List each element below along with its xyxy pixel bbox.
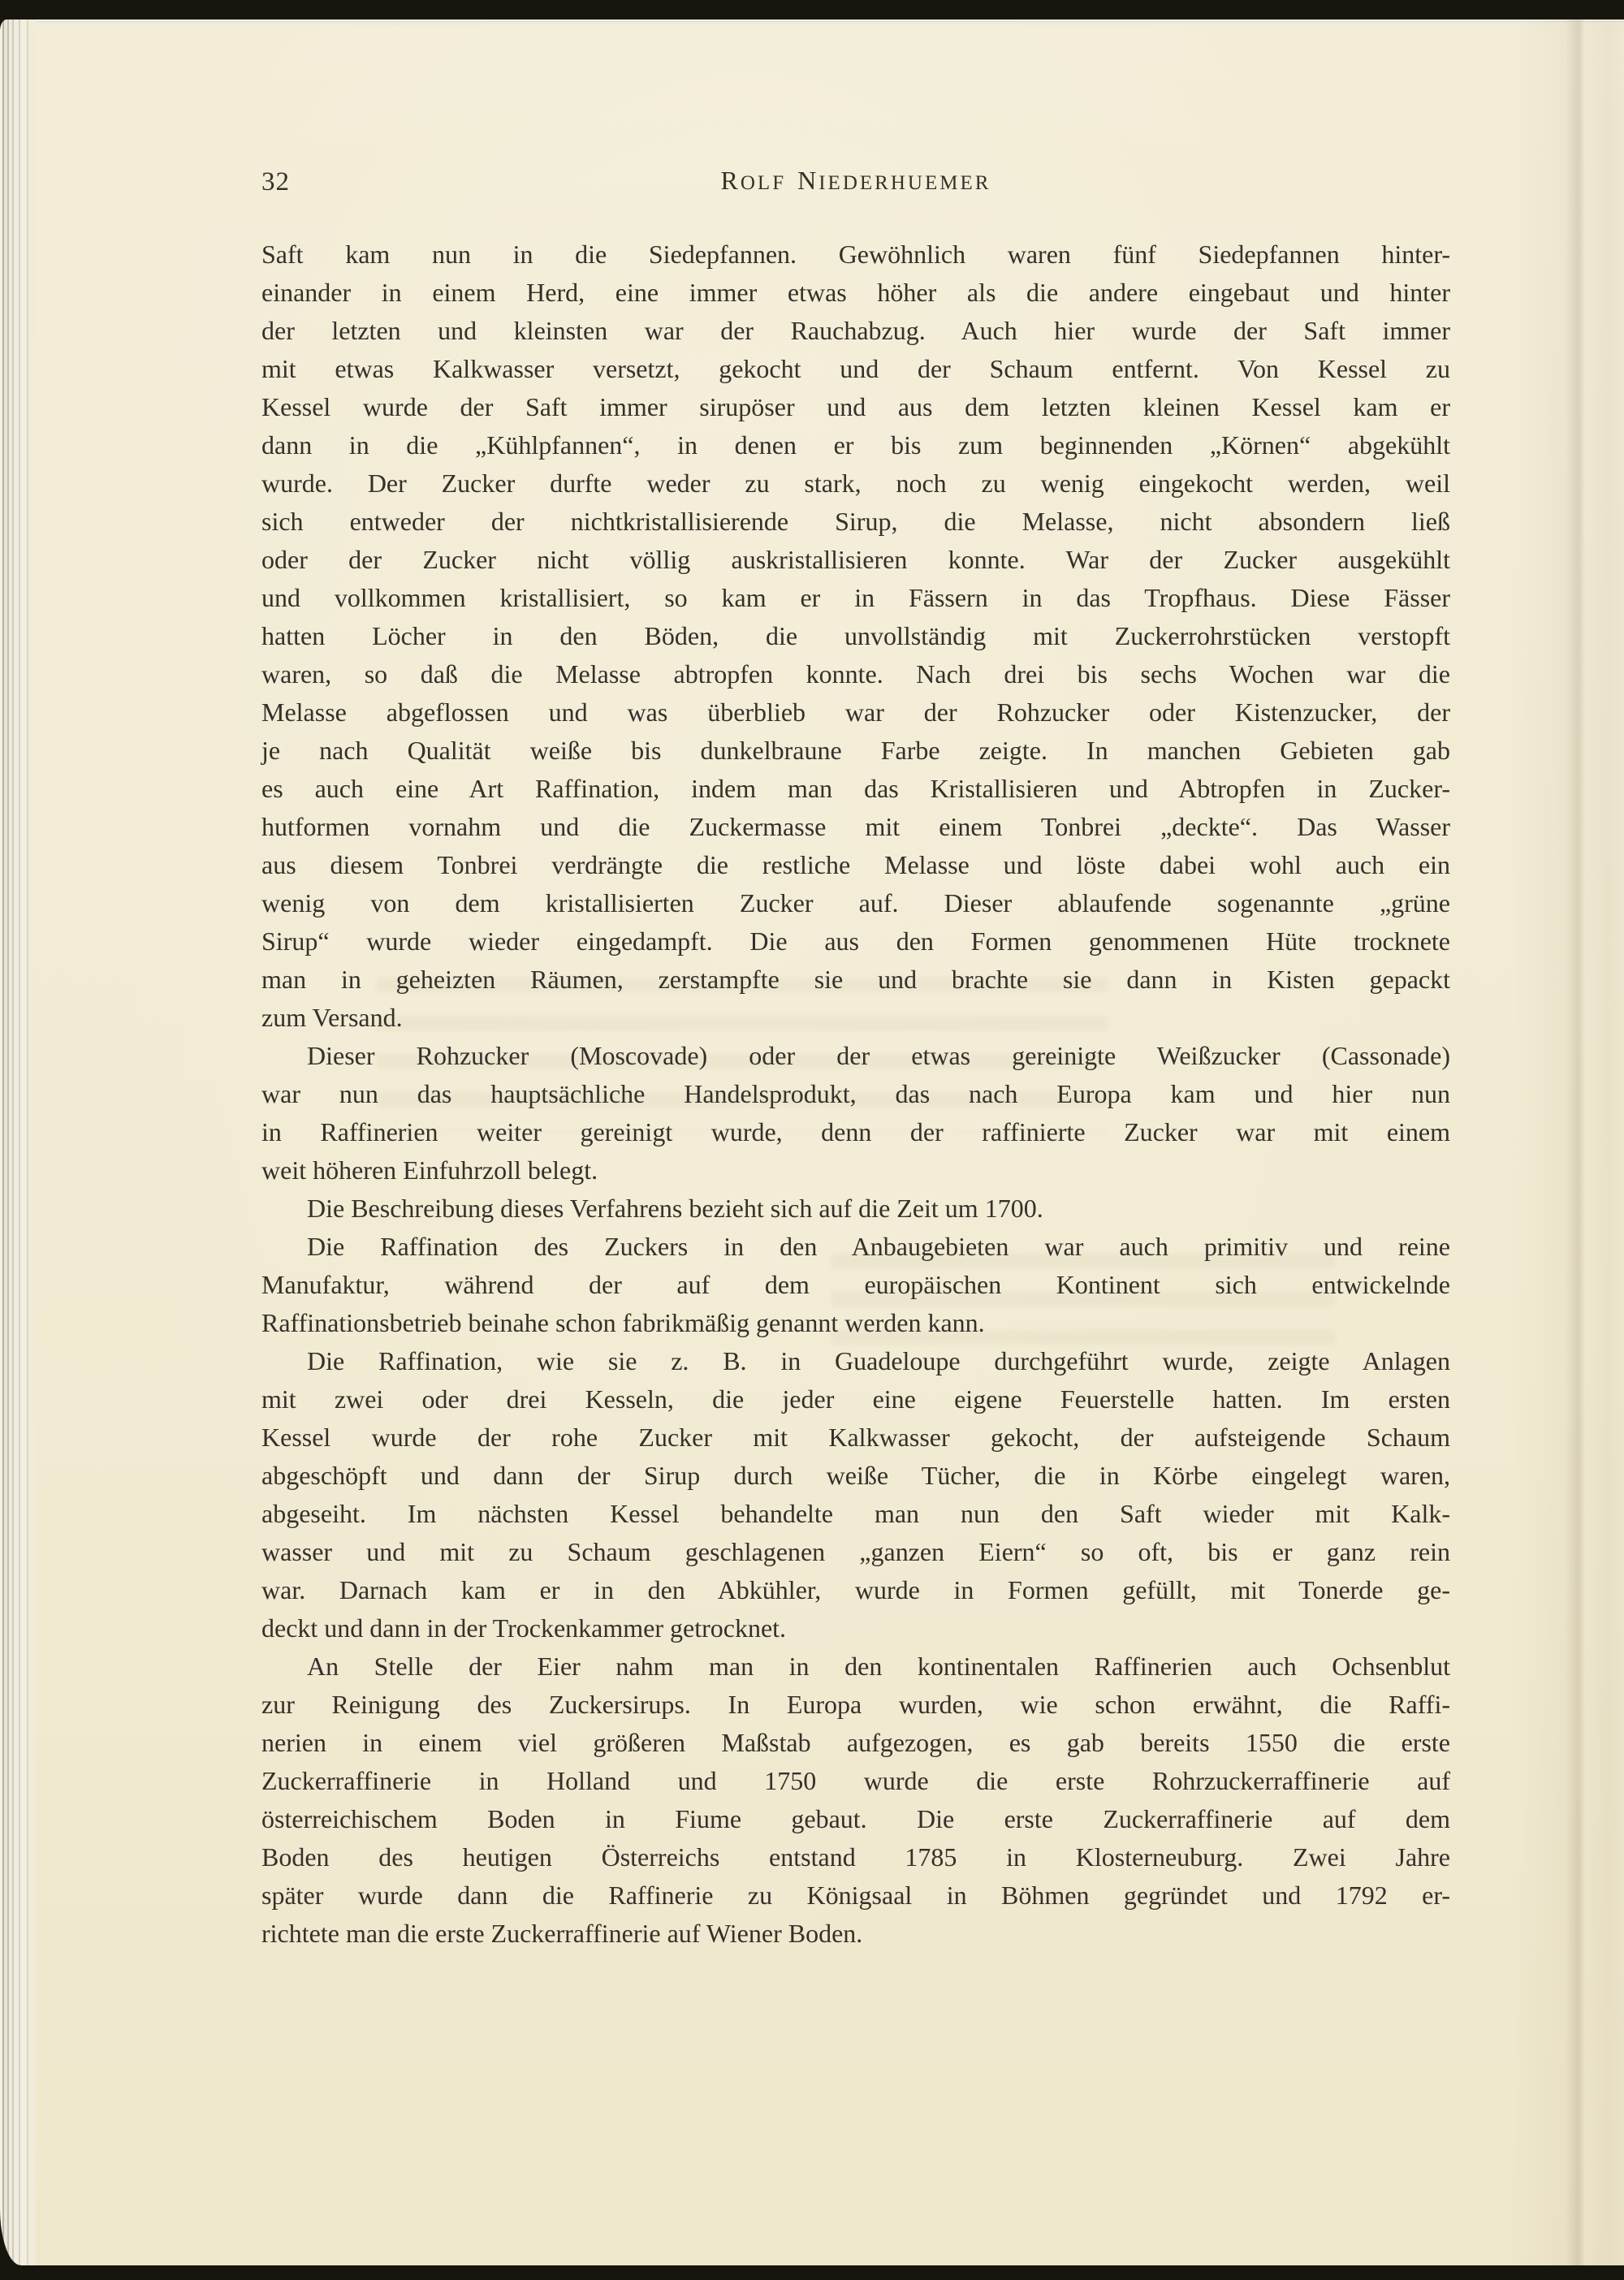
text-line: Kessel wurde der Saft immer sirupöser un… bbox=[261, 388, 1450, 426]
text-line: Die Raffination, wie sie z. B. in Guadel… bbox=[261, 1342, 1450, 1380]
page-edge-stack bbox=[0, 19, 37, 2265]
text-line: österreichischem Boden in Fiume gebaut. … bbox=[261, 1800, 1450, 1838]
text-line: mit zwei oder drei Kesseln, die jeder ei… bbox=[261, 1380, 1450, 1419]
text-line: Boden des heutigen Österreichs entstand … bbox=[261, 1838, 1450, 1876]
page-header: 32 ROLFNIEDERHUEMER bbox=[261, 166, 1450, 201]
text-line: Kessel wurde der rohe Zucker mit Kalkwas… bbox=[261, 1419, 1450, 1457]
paragraph: Die Raffination, wie sie z. B. in Guadel… bbox=[261, 1342, 1450, 1647]
text-line: zum Versand. bbox=[261, 999, 1450, 1037]
book-page: 32 ROLFNIEDERHUEMER Saft kam nun in die … bbox=[36, 19, 1624, 2265]
text-line: man in geheizten Räumen, zerstampfte sie… bbox=[261, 961, 1450, 999]
text-line: hutformen vornahm und die Zuckermasse mi… bbox=[261, 808, 1450, 846]
page-body: Saft kam nun in die Siedepfannen. Gewöhn… bbox=[261, 235, 1450, 1953]
text-line: mit etwas Kalkwasser versetzt, gekocht u… bbox=[261, 350, 1450, 388]
text-line: abgeseiht. Im nächsten Kessel behandelte… bbox=[261, 1495, 1450, 1533]
text-line: Manufaktur, während der auf dem europäis… bbox=[261, 1266, 1450, 1304]
text-line: später wurde dann die Raffinerie zu Köni… bbox=[261, 1876, 1450, 1915]
text-line: je nach Qualität weiße bis dunkelbraune … bbox=[261, 732, 1450, 770]
text-line: sich entweder der nichtkristallisierende… bbox=[261, 503, 1450, 541]
text-line: Saft kam nun in die Siedepfannen. Gewöhn… bbox=[261, 235, 1450, 274]
text-line: waren, so daß die Melasse abtropfen konn… bbox=[261, 655, 1450, 693]
text-line: war nun das hauptsächliche Handelsproduk… bbox=[261, 1075, 1450, 1113]
text-line: der letzten und kleinsten war der Raucha… bbox=[261, 312, 1450, 350]
text-line: richtete man die erste Zuckerraffinerie … bbox=[261, 1915, 1450, 1953]
text-line: und vollkommen kristallisiert, so kam er… bbox=[261, 579, 1450, 617]
paragraph: Die Raffination des Zuckers in den Anbau… bbox=[261, 1228, 1450, 1342]
text-line: deckt und dann in der Trockenkammer getr… bbox=[261, 1609, 1450, 1647]
text-line: Zuckerraffinerie in Holland und 1750 wur… bbox=[261, 1762, 1450, 1800]
text-line: wasser und mit zu Schaum geschlagenen „g… bbox=[261, 1533, 1450, 1571]
text-line: es auch eine Art Raffination, indem man … bbox=[261, 770, 1450, 808]
gutter-shadow bbox=[1510, 19, 1624, 2265]
text-line: An Stelle der Eier nahm man in den konti… bbox=[261, 1647, 1450, 1686]
text-line: wenig von dem kristallisierten Zucker au… bbox=[261, 884, 1450, 922]
paragraph: Saft kam nun in die Siedepfannen. Gewöhn… bbox=[261, 235, 1450, 1037]
text-line: Die Beschreibung dieses Verfahrens bezie… bbox=[261, 1190, 1450, 1228]
paragraph: An Stelle der Eier nahm man in den konti… bbox=[261, 1647, 1450, 1953]
text-line: zur Reinigung des Zuckersirups. In Europ… bbox=[261, 1686, 1450, 1724]
text-line: war. Darnach kam er in den Abkühler, wur… bbox=[261, 1571, 1450, 1609]
text-line: Die Raffination des Zuckers in den Anbau… bbox=[261, 1228, 1450, 1266]
text-line: wurde. Der Zucker durfte weder zu stark,… bbox=[261, 464, 1450, 503]
text-line: einander in einem Herd, eine immer etwas… bbox=[261, 274, 1450, 312]
text-line: dann in die „Kühlpfannen“, in denen er b… bbox=[261, 426, 1450, 464]
text-line: abgeschöpft und dann der Sirup durch wei… bbox=[261, 1457, 1450, 1495]
scanned-book-photo: 32 ROLFNIEDERHUEMER Saft kam nun in die … bbox=[0, 0, 1624, 2280]
text-line: oder der Zucker nicht völlig auskristall… bbox=[261, 541, 1450, 579]
text-line: hatten Löcher in den Böden, die unvollst… bbox=[261, 617, 1450, 655]
text-line: Sirup“ wurde wieder eingedampft. Die aus… bbox=[261, 922, 1450, 961]
text-line: weit höheren Einfuhrzoll belegt. bbox=[261, 1151, 1450, 1190]
text-line: Melasse abgeflossen und was überblieb wa… bbox=[261, 693, 1450, 732]
running-title: ROLFNIEDERHUEMER bbox=[261, 166, 1450, 196]
text-line: aus diesem Tonbrei verdrängte die restli… bbox=[261, 846, 1450, 884]
paragraph: Die Beschreibung dieses Verfahrens bezie… bbox=[261, 1190, 1450, 1228]
page-number: 32 bbox=[261, 167, 290, 197]
text-line: Raffinationsbetrieb beinahe schon fabrik… bbox=[261, 1304, 1450, 1342]
paragraph: Dieser Rohzucker (Moscovade) oder der et… bbox=[261, 1037, 1450, 1190]
text-line: in Raffinerien weiter gereinigt wurde, d… bbox=[261, 1113, 1450, 1151]
text-line: nerien in einem viel größeren Maßstab au… bbox=[261, 1724, 1450, 1762]
text-line: Dieser Rohzucker (Moscovade) oder der et… bbox=[261, 1037, 1450, 1075]
